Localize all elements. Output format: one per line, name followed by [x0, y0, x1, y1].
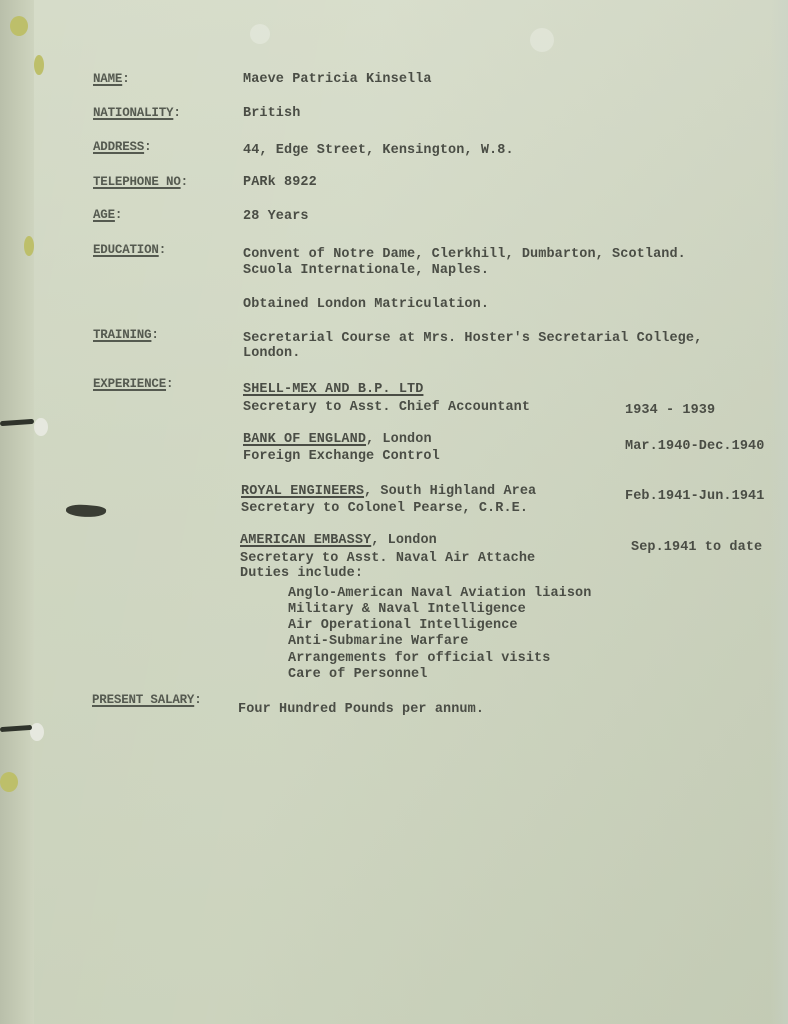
- nationality-value: British: [243, 106, 300, 121]
- paper-dent: [250, 24, 270, 44]
- ink-blot: [66, 503, 107, 518]
- dates: Mar.1940-Dec.1940: [625, 439, 764, 454]
- training-label: TRAINING:: [93, 328, 159, 342]
- binding-margin: [0, 0, 34, 1024]
- duty-item: Care of Personnel: [288, 667, 427, 682]
- punch-hole-icon: [0, 772, 18, 792]
- address-label: ADDRESS:: [93, 140, 151, 154]
- dates: Feb.1941-Jun.1941: [625, 489, 764, 504]
- duty-item: Anglo-American Naval Aviation liaison: [288, 586, 591, 601]
- employer-name: BANK OF ENGLAND: [243, 432, 366, 447]
- role: Secretary to Asst. Chief Accountant: [243, 400, 530, 415]
- punch-hole-icon: [34, 418, 48, 436]
- telephone-label: TELEPHONE NO:: [93, 175, 188, 189]
- age-label: AGE:: [93, 208, 122, 222]
- duty-item: Anti-Submarine Warfare: [288, 634, 468, 649]
- training-line: London.: [243, 346, 300, 361]
- employer-line: SHELL-MEX AND B.P. LTD: [243, 382, 423, 397]
- salary-value: Four Hundred Pounds per annum.: [238, 702, 484, 717]
- duty-item: Air Operational Intelligence: [288, 618, 518, 633]
- page-edge: [770, 0, 788, 1024]
- training-line: Secretarial Course at Mrs. Hoster's Secr…: [243, 331, 702, 346]
- salary-label: PRESENT SALARY:: [92, 693, 202, 707]
- paper-dent: [530, 28, 554, 52]
- education-line: Scuola Internationale, Naples.: [243, 263, 489, 278]
- duty-item: Military & Naval Intelligence: [288, 602, 526, 617]
- punch-hole-icon: [24, 236, 34, 256]
- address-value: 44, Edge Street, Kensington, W.8.: [243, 143, 514, 158]
- education-label: EDUCATION:: [93, 243, 166, 257]
- employer-name: SHELL-MEX AND B.P. LTD: [243, 382, 423, 397]
- role: Foreign Exchange Control: [243, 449, 440, 464]
- duty-item: Arrangements for official visits: [288, 651, 550, 666]
- education-note: Obtained London Matriculation.: [243, 297, 489, 312]
- role: Secretary to Asst. Naval Air Attache: [240, 551, 535, 566]
- employer-line: ROYAL ENGINEERS, South Highland Area: [241, 484, 536, 499]
- education-line: Convent of Notre Dame, Clerkhill, Dumbar…: [243, 247, 686, 262]
- role: Secretary to Colonel Pearse, C.R.E.: [241, 501, 528, 516]
- dates: Sep.1941 to date: [631, 540, 762, 555]
- nationality-label: NATIONALITY:: [93, 106, 181, 120]
- document-page: NAME: Maeve Patricia Kinsella NATIONALIT…: [0, 0, 788, 1024]
- duties-heading: Duties include:: [240, 566, 363, 581]
- employer-line: AMERICAN EMBASSY, London: [240, 533, 437, 548]
- employer-name: AMERICAN EMBASSY: [240, 533, 371, 548]
- telephone-value: PARk 8922: [243, 175, 317, 190]
- name-value: Maeve Patricia Kinsella: [243, 72, 432, 87]
- punch-hole-icon: [10, 16, 28, 36]
- employer-line: BANK OF ENGLAND, London: [243, 432, 432, 447]
- punch-hole-icon: [30, 723, 44, 741]
- age-value: 28 Years: [243, 209, 309, 224]
- dates: 1934 - 1939: [625, 403, 715, 418]
- experience-label: EXPERIENCE:: [93, 377, 173, 391]
- punch-hole-icon: [34, 55, 44, 75]
- name-label: NAME:: [93, 72, 130, 86]
- employer-name: ROYAL ENGINEERS: [241, 484, 364, 499]
